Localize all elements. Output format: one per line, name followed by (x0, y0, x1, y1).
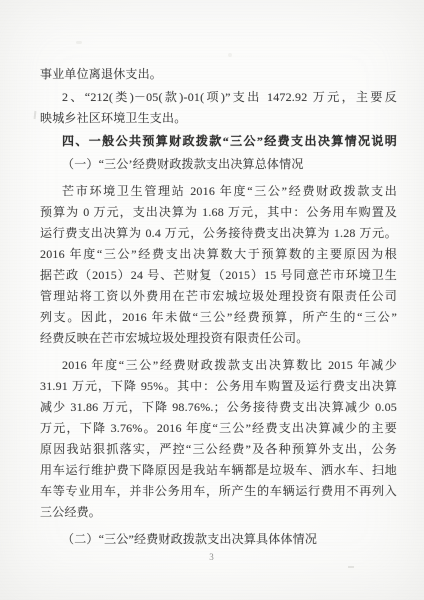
text-line: 2016 年度“三公”经费财政拨款支出决算数比 2015 年减少 (40, 355, 397, 376)
text-line: 三公经费。 (40, 502, 397, 523)
paragraph: 2、“212(类)－05(款)-01(项)”支出 1472.92 万元，主要反映… (40, 87, 397, 129)
scan-artifact (348, 566, 354, 568)
paragraph: 事业单位离退休支出。 (40, 64, 397, 85)
scanned-document-page: 事业单位离退休支出。2、“212(类)－05(款)-01(项)”支出 1472.… (0, 0, 424, 600)
paragraph: 2016 年度“三公”经费财政拨款支出决算数比 2015 年减少31.91 万元… (40, 355, 397, 523)
text-line: 据芒政（2015）24 号、芒财复（2015）15 号同意芒市环境卫生 (40, 265, 397, 286)
text-line: 管理站将工资以外费用在芒市宏城垃圾处理投资有限责任公司 (40, 286, 397, 307)
page-number: 3 (0, 552, 424, 562)
paragraph: 芒市环境卫生管理站 2016 年度“三公”经费财政拨款支出预算为 0 万元，支出… (40, 181, 397, 349)
text-line: 运行费支出决算为 0.4 万元，公务接待费支出决算为 1.28 万元。 (40, 223, 397, 244)
text-line: 减少 31.86 万元，下降 98.76%.；公务接待费支出决算减少 0.05 (40, 397, 397, 418)
text-line: 事业单位离退休支出。 (40, 64, 397, 85)
text-line: 列支。因此，2016 年未做“三公”经费预算，所产生的“三公” (40, 307, 397, 328)
text-line: 芒市环境卫生管理站 2016 年度“三公”经费财政拨款支出 (40, 181, 397, 202)
scan-artifact (228, 53, 232, 57)
paragraph: （二）“三公”经费财政拨款支出决算具体体情况 (40, 529, 397, 550)
text-line: （二）“三公”经费财政拨款支出决算具体体情况 (40, 529, 397, 550)
text-line: 用车运行维护费下降原因是我站车辆都是垃圾车、洒水车、扫地 (40, 460, 397, 481)
text-line: 四、一般公共预算财政拨款“三公”经费支出决算情况说明 (40, 131, 397, 152)
text-line: 2、“212(类)－05(款)-01(项)”支出 1472.92 万元，主要反 (40, 87, 397, 108)
scan-artifact (76, 41, 82, 44)
text-line: 31.91 万元，下降 95%。其中：公务用车购置及运行费支出决算 (40, 376, 397, 397)
text-line: 万元，下降 3.76%。2016 年度“三公”经费支出决算减少的主要 (40, 418, 397, 439)
text-line: 预算为 0 万元，支出决算为 1.68 万元，其中：公务用车购置及 (40, 202, 397, 223)
text-line: 映城乡社区环境卫生支出。 (40, 108, 397, 129)
document-body: 事业单位离退休支出。2、“212(类)－05(款)-01(项)”支出 1472.… (40, 64, 397, 550)
scan-artifact (34, 111, 37, 119)
text-line: 原因我站狠抓落实，严控“三公经费”及各种预算外支出，公务 (40, 439, 397, 460)
paragraph: （一）“三公’经费财政拨款支出决算总体情况 (40, 154, 397, 175)
text-line: 经费反映在芒市宏城垃圾处理投资有限责任公司。 (40, 328, 397, 349)
section-heading: 四、一般公共预算财政拨款“三公”经费支出决算情况说明 (40, 131, 397, 152)
text-line: 车等专业用车，并非公务用车，所产生的车辆运行费用不再列入 (40, 481, 397, 502)
text-line: （一）“三公’经费财政拨款支出决算总体情况 (40, 154, 397, 175)
text-line: 2016 年度“三公”经费支出决算数大于预算数的主要原因为根 (40, 244, 397, 265)
